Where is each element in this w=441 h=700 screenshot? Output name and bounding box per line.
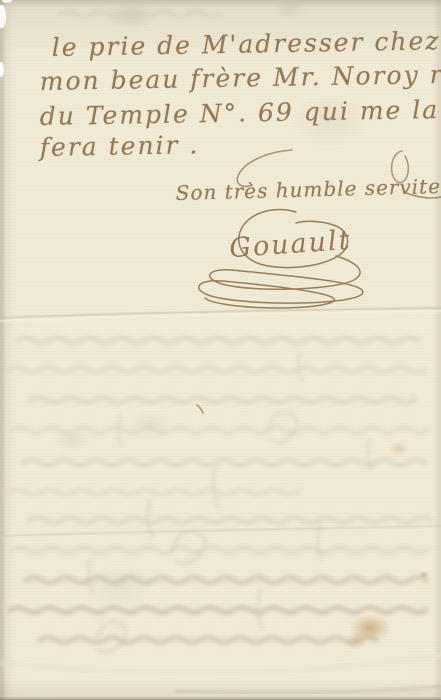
closing-salutation: Son très humble serviteur xyxy=(175,173,441,205)
letter-scan-page: le prie de M'adresser chez mon beau frèr… xyxy=(0,0,441,700)
paper-edge-notch xyxy=(0,5,6,28)
bleed-through-ghost-loops xyxy=(88,352,372,652)
letter-line-1: le prie de M'adresser chez xyxy=(51,26,440,62)
paper-edge-notch xyxy=(2,0,12,3)
paper-edge-notch xyxy=(0,62,4,77)
fold-creases xyxy=(0,308,441,693)
small-ink-spot xyxy=(197,405,203,413)
letter-line-4: fera tenir . xyxy=(39,130,199,162)
signature-name: Gouault xyxy=(228,225,352,264)
letter-line-2: mon beau frère Mr. Noroy rue xyxy=(39,59,441,96)
signature-flourish xyxy=(199,210,363,308)
letter-line-3: du Temple N°. 69 qui me la xyxy=(39,95,439,131)
